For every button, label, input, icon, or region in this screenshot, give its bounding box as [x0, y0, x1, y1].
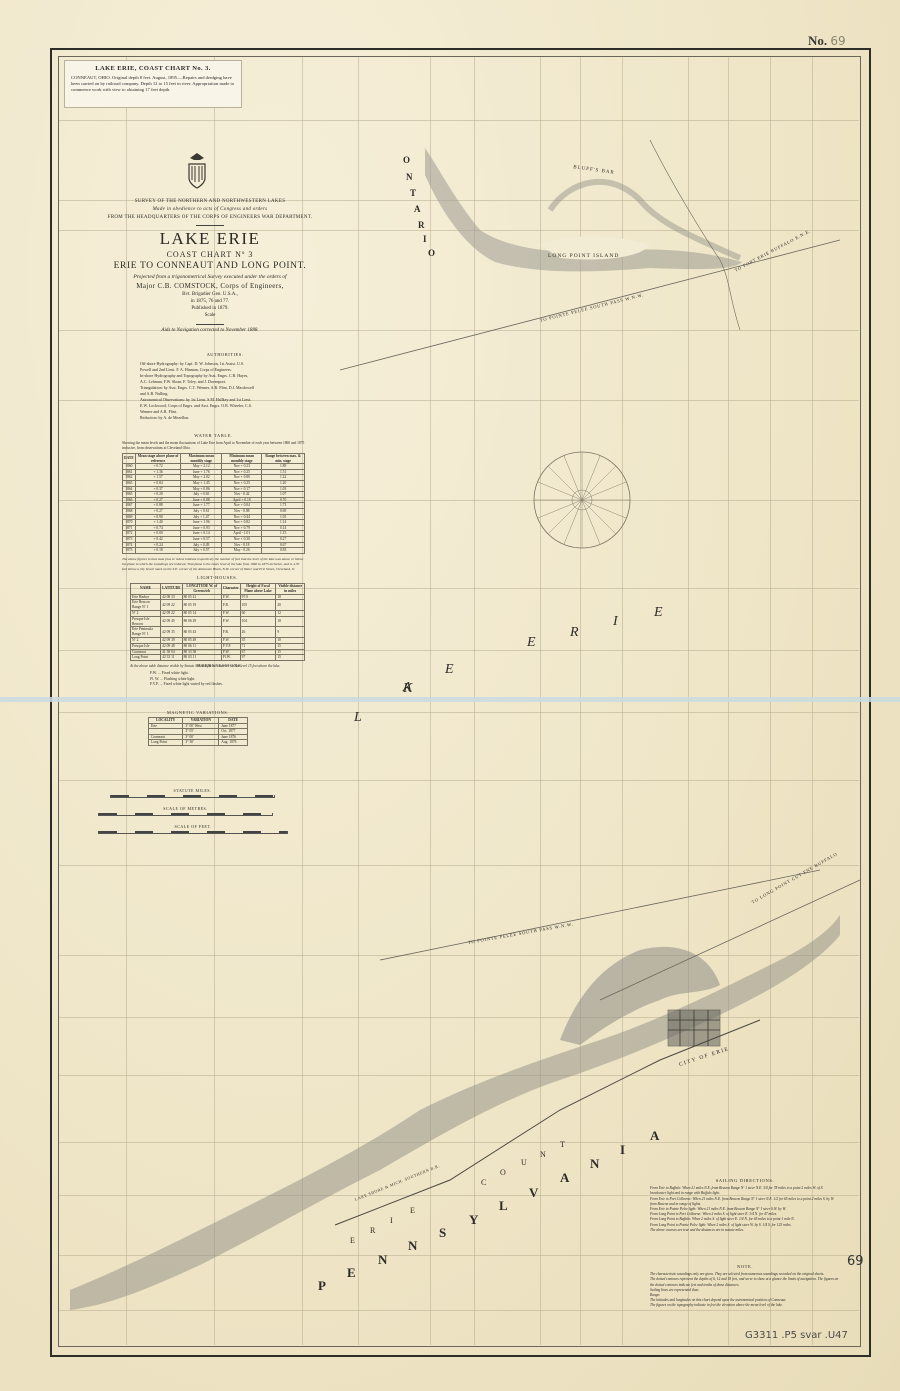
scale-feet: SCALE OF FEET. — [98, 824, 288, 840]
light-houses-block: LIGHT-HOUSES. NAMELATITUDE LONGITUDE W. … — [130, 575, 305, 668]
scale-metres: SCALE OF METRES. — [98, 806, 273, 822]
table-row: Erie Beacon Range Nº 142 09 2280 05 19F.… — [131, 600, 305, 611]
title-cartouche: SURVEY OF THE NORTHERN AND NORTHWESTERN … — [100, 198, 320, 333]
eagle-seal-icon — [186, 150, 208, 190]
magnetic-variations-block: MAGNETIC VARIATIONS. LOCALITY VARIATION … — [148, 710, 248, 746]
scale-statute-miles: STATUTE MILES. — [110, 788, 275, 804]
label-title: LAKE ERIE, COAST CHART No. 3. — [71, 65, 235, 72]
long-point-island-label: LONG POINT ISLAND — [548, 253, 619, 259]
note-block: NOTE. The characteristic soundings only … — [650, 1264, 840, 1309]
water-table: DATEMean stage above plane of reference … — [122, 453, 305, 554]
table-row: Long Point42 33 1180 03 11Fl.W.9715 — [131, 655, 305, 661]
authorities-block: AUTHORITIES. Off-shore Hydrography: by C… — [140, 352, 310, 421]
chart-title: LAKE ERIE — [100, 229, 320, 249]
label-body: CONNEAUT, OHIO. Original depth 8 feet. A… — [71, 75, 235, 93]
fold-seam — [0, 697, 900, 702]
pasted-label: LAKE ERIE, COAST CHART No. 3. CONNEAUT, … — [64, 60, 242, 108]
library-call-number: G3311 .P5 svar .U47 — [745, 1330, 848, 1341]
abbreviations-block: ABBREVIATIONS. F.W. ... Fixed white ligh… — [150, 663, 290, 688]
table-row: 1875+ 0.18July + 0.57May - 0.260.83 — [123, 548, 305, 554]
table-row: Long Point3° 30'Aug. 1876 — [149, 740, 248, 746]
light-houses-table: NAMELATITUDE LONGITUDE W. of GreenwichCh… — [130, 583, 305, 661]
chart-number: No. 69 — [808, 33, 846, 49]
handwritten-sheet-number: 69 — [847, 1254, 864, 1269]
table-row: Presque Isle Beacon42 09 4580 06 29F.W.1… — [131, 616, 305, 627]
table-row: Erie Peninsula Range Nº 142 09 3580 05 4… — [131, 627, 305, 638]
magnetic-variations-table: LOCALITY VARIATION DATE Erie3° 00' WestJ… — [148, 717, 248, 746]
chart-subtitle: ERIE TO CONNEAUT AND LONG POINT. — [100, 261, 320, 271]
water-table-block: WATER TABLE. Showing the mean levels and… — [122, 433, 305, 572]
sailing-directions-block: SAILING DIRECTIONS. From Erie to Buffalo… — [650, 1178, 840, 1233]
